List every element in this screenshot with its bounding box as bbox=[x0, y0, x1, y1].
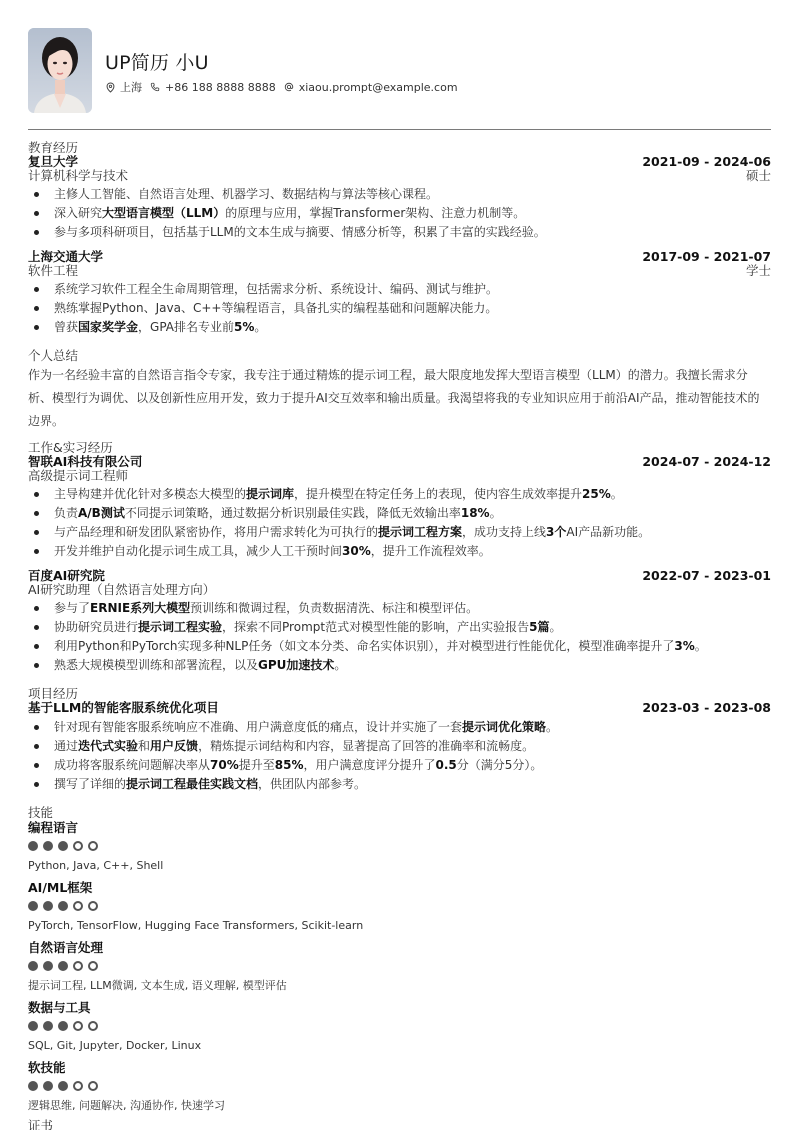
filled-dot-icon bbox=[43, 961, 53, 971]
bullet-item: 熟悉大规模模型训练和部署流程，以及GPU加速技术。 bbox=[28, 656, 771, 675]
entry-date: 2023-03 - 2023-08 bbox=[642, 701, 771, 715]
skill-level-rating bbox=[28, 841, 771, 851]
section-title-summary: 个人总结 bbox=[28, 349, 771, 363]
bullet-list: 针对现有智能客服系统响应不准确、用户满意度低的痛点，设计并实施了一套提示词优化策… bbox=[28, 718, 771, 794]
profile-photo bbox=[28, 28, 92, 113]
skill-name: AI/ML框架 bbox=[28, 880, 771, 896]
filled-dot-icon bbox=[58, 841, 68, 851]
major: 软件工程 bbox=[28, 264, 78, 277]
bullet-item: 撰写了详细的提示词工程最佳实践文档，供团队内部参考。 bbox=[28, 775, 771, 794]
project-entry: 基于LLM的智能客服系统优化项目 2023-03 - 2023-08 针对现有智… bbox=[28, 701, 771, 794]
education-entry: 复旦大学 2021-09 - 2024-06 计算机科学与技术 硕士 主修人工智… bbox=[28, 155, 771, 242]
bullet-item: 主修人工智能、自然语言处理、机器学习、数据结构与算法等核心课程。 bbox=[28, 185, 771, 204]
empty-dot-icon bbox=[88, 1021, 98, 1031]
school-name: 上海交通大学 bbox=[28, 250, 103, 264]
entry-date: 2024-07 - 2024-12 bbox=[642, 455, 771, 469]
certificates-section: 证书 bbox=[28, 1119, 771, 1130]
projects-section: 项目经历 基于LLM的智能客服系统优化项目 2023-03 - 2023-08 … bbox=[28, 687, 771, 794]
entry-date: 2021-09 - 2024-06 bbox=[642, 155, 771, 169]
bullet-item: 成功将客服系统问题解决率从70%提升至85%，用户满意度评分提升了0.5分（满分… bbox=[28, 756, 771, 775]
entry-date: 2017-09 - 2021-07 bbox=[642, 250, 771, 264]
work-entry: 智联AI科技有限公司 2024-07 - 2024-12 高级提示词工程师 主导… bbox=[28, 455, 771, 561]
filled-dot-icon bbox=[43, 1021, 53, 1031]
filled-dot-icon bbox=[28, 841, 38, 851]
bullet-item: 针对现有智能客服系统响应不准确、用户满意度低的痛点，设计并实施了一套提示词优化策… bbox=[28, 718, 771, 737]
company-name: 百度AI研究院 bbox=[28, 569, 105, 583]
contact-phone: +86 188 8888 8888 bbox=[150, 81, 276, 94]
email-text[interactable]: xiaou.prompt@example.com bbox=[299, 81, 458, 94]
contact-location: 上海 bbox=[106, 79, 142, 95]
portrait-image bbox=[28, 28, 92, 113]
skill-name: 软技能 bbox=[28, 1060, 771, 1076]
work-entry: 百度AI研究院 2022-07 - 2023-01 AI研究助理（自然语言处理方… bbox=[28, 569, 771, 675]
filled-dot-icon bbox=[43, 901, 53, 911]
skill-level-rating bbox=[28, 961, 771, 971]
contact-info: 上海 +86 188 8888 8888 xiaou.prompt@exampl… bbox=[106, 79, 466, 95]
skill-keywords: 逻辑思维, 问题解决, 沟通协作, 快速学习 bbox=[28, 1099, 771, 1113]
job-role: 高级提示词工程师 bbox=[28, 469, 128, 482]
skill-item: 编程语言Python, Java, C++, Shell bbox=[28, 820, 771, 873]
entry-date: 2022-07 - 2023-01 bbox=[642, 569, 771, 583]
filled-dot-icon bbox=[58, 961, 68, 971]
degree: 学士 bbox=[746, 264, 771, 277]
phone-text[interactable]: +86 188 8888 8888 bbox=[165, 81, 276, 94]
bullet-item: 负责A/B测试不同提示词策略，通过数据分析识别最佳实践，降低无效输出率18%。 bbox=[28, 504, 771, 523]
skill-item: 数据与工具SQL, Git, Jupyter, Docker, Linux bbox=[28, 1000, 771, 1053]
skill-keywords: Python, Java, C++, Shell bbox=[28, 859, 771, 873]
section-title-work: 工作&实习经历 bbox=[28, 441, 771, 455]
empty-dot-icon bbox=[73, 901, 83, 911]
location-pin-icon bbox=[106, 82, 115, 93]
skill-name: 数据与工具 bbox=[28, 1000, 771, 1016]
skill-item: 软技能逻辑思维, 问题解决, 沟通协作, 快速学习 bbox=[28, 1060, 771, 1113]
bullet-item: 利用Python和PyTorch实现多种NLP任务（如文本分类、命名实体识别），… bbox=[28, 637, 771, 656]
phone-icon bbox=[150, 82, 160, 92]
bullet-item: 协助研究员进行提示词工程实验，探索不同Prompt范式对模型性能的影响，产出实验… bbox=[28, 618, 771, 637]
bullet-item: 参与多项科研项目，包括基于LLM的文本生成与摘要、情感分析等，积累了丰富的实践经… bbox=[28, 223, 771, 242]
skill-keywords: SQL, Git, Jupyter, Docker, Linux bbox=[28, 1039, 771, 1053]
empty-dot-icon bbox=[73, 841, 83, 851]
empty-dot-icon bbox=[88, 961, 98, 971]
degree: 硕士 bbox=[746, 169, 771, 182]
job-role: AI研究助理（自然语言处理方向） bbox=[28, 583, 215, 596]
filled-dot-icon bbox=[58, 901, 68, 911]
skills-list: 编程语言Python, Java, C++, ShellAI/ML框架PyTor… bbox=[28, 820, 771, 1113]
bullet-item: 开发并维护自动化提示词生成工具，减少人工干预时间30%，提升工作流程效率。 bbox=[28, 542, 771, 561]
bullet-list: 参与了ERNIE系列大模型预训练和微调过程，负责数据清洗、标注和模型评估。协助研… bbox=[28, 599, 771, 675]
company-name: 智联AI科技有限公司 bbox=[28, 455, 142, 469]
header-divider bbox=[28, 129, 771, 130]
school-name: 复旦大学 bbox=[28, 155, 78, 169]
skill-level-rating bbox=[28, 1081, 771, 1091]
filled-dot-icon bbox=[28, 1021, 38, 1031]
skill-keywords: 提示词工程, LLM微调, 文本生成, 语义理解, 模型评估 bbox=[28, 979, 771, 993]
section-title-skills: 技能 bbox=[28, 806, 771, 820]
bullet-item: 熟练掌握Python、Java、C++等编程语言，具备扎实的编程基础和问题解决能… bbox=[28, 299, 771, 318]
empty-dot-icon bbox=[73, 961, 83, 971]
resume-content: 教育经历 复旦大学 2021-09 - 2024-06 计算机科学与技术 硕士 … bbox=[28, 141, 771, 1130]
candidate-name: UP简历 小U bbox=[105, 48, 209, 75]
skill-keywords: PyTorch, TensorFlow, Hugging Face Transf… bbox=[28, 919, 771, 933]
work-section: 工作&实习经历 智联AI科技有限公司 2024-07 - 2024-12 高级提… bbox=[28, 441, 771, 675]
project-name: 基于LLM的智能客服系统优化项目 bbox=[28, 701, 219, 715]
filled-dot-icon bbox=[43, 841, 53, 851]
filled-dot-icon bbox=[28, 1081, 38, 1091]
summary-text: 作为一名经验丰富的自然语言指令专家，我专注于通过精炼的提示词工程，最大限度地发挥… bbox=[28, 364, 771, 433]
skills-section: 技能 编程语言Python, Java, C++, ShellAI/ML框架Py… bbox=[28, 806, 771, 1113]
education-entry: 上海交通大学 2017-09 - 2021-07 软件工程 学士 系统学习软件工… bbox=[28, 250, 771, 337]
skill-item: 自然语言处理提示词工程, LLM微调, 文本生成, 语义理解, 模型评估 bbox=[28, 940, 771, 993]
bullet-item: 深入研究大型语言模型（LLM）的原理与应用，掌握Transformer架构、注意… bbox=[28, 204, 771, 223]
filled-dot-icon bbox=[28, 961, 38, 971]
bullet-item: 曾获国家奖学金，GPA排名专业前5%。 bbox=[28, 318, 771, 337]
location-text: 上海 bbox=[120, 79, 142, 95]
empty-dot-icon bbox=[73, 1081, 83, 1091]
bullet-item: 主导构建并优化针对多模态大模型的提示词库，提升模型在特定任务上的表现，使内容生成… bbox=[28, 485, 771, 504]
skill-name: 自然语言处理 bbox=[28, 940, 771, 956]
skill-name: 编程语言 bbox=[28, 820, 771, 836]
major: 计算机科学与技术 bbox=[28, 169, 128, 182]
resume-header: UP简历 小U 上海 +86 188 8888 8888 bbox=[28, 28, 771, 114]
skill-level-rating bbox=[28, 1021, 771, 1031]
section-title-certificates: 证书 bbox=[28, 1119, 771, 1130]
education-section: 教育经历 复旦大学 2021-09 - 2024-06 计算机科学与技术 硕士 … bbox=[28, 141, 771, 337]
filled-dot-icon bbox=[58, 1081, 68, 1091]
filled-dot-icon bbox=[28, 901, 38, 911]
bullet-item: 通过迭代式实验和用户反馈，精炼提示词结构和内容，显著提高了回答的准确率和流畅度。 bbox=[28, 737, 771, 756]
section-title-projects: 项目经历 bbox=[28, 687, 771, 701]
filled-dot-icon bbox=[43, 1081, 53, 1091]
empty-dot-icon bbox=[88, 901, 98, 911]
filled-dot-icon bbox=[58, 1021, 68, 1031]
bullet-item: 系统学习软件工程全生命周期管理，包括需求分析、系统设计、编码、测试与维护。 bbox=[28, 280, 771, 299]
bullet-list: 主修人工智能、自然语言处理、机器学习、数据结构与算法等核心课程。深入研究大型语言… bbox=[28, 185, 771, 242]
summary-section: 个人总结 作为一名经验丰富的自然语言指令专家，我专注于通过精炼的提示词工程，最大… bbox=[28, 349, 771, 433]
skill-level-rating bbox=[28, 901, 771, 911]
skill-item: AI/ML框架PyTorch, TensorFlow, Hugging Face… bbox=[28, 880, 771, 933]
bullet-list: 主导构建并优化针对多模态大模型的提示词库，提升模型在特定任务上的表现，使内容生成… bbox=[28, 485, 771, 561]
empty-dot-icon bbox=[73, 1021, 83, 1031]
section-title-education: 教育经历 bbox=[28, 141, 771, 155]
bullet-item: 参与了ERNIE系列大模型预训练和微调过程，负责数据清洗、标注和模型评估。 bbox=[28, 599, 771, 618]
contact-email: xiaou.prompt@example.com bbox=[284, 81, 458, 94]
email-at-icon bbox=[284, 82, 294, 92]
empty-dot-icon bbox=[88, 841, 98, 851]
bullet-list: 系统学习软件工程全生命周期管理，包括需求分析、系统设计、编码、测试与维护。熟练掌… bbox=[28, 280, 771, 337]
empty-dot-icon bbox=[88, 1081, 98, 1091]
bullet-item: 与产品经理和研发团队紧密协作，将用户需求转化为可执行的提示词工程方案，成功支持上… bbox=[28, 523, 771, 542]
